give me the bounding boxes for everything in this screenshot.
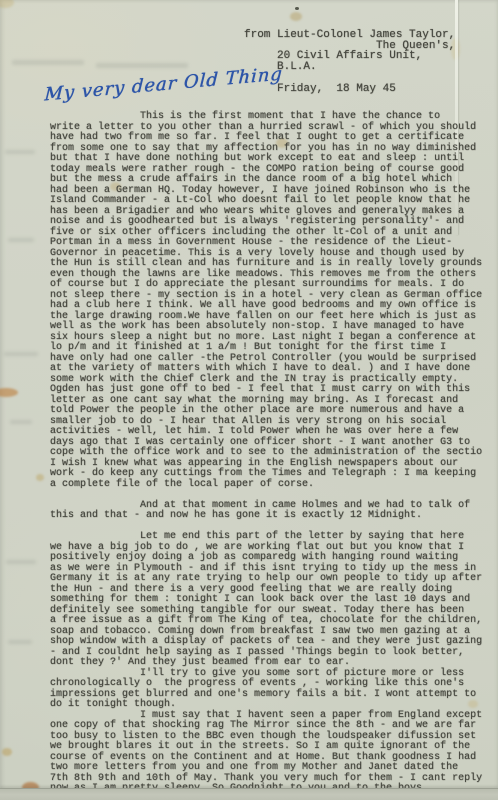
- showthrough-mark: [96, 63, 188, 68]
- typed-line: chronologically o the progress of events…: [50, 679, 498, 690]
- typed-line: one copy of that shocking rag The Mirror…: [50, 721, 498, 732]
- showthrough-mark: [6, 560, 36, 564]
- typed-line: noise and is goodhearted but is always '…: [50, 217, 498, 228]
- typed-line: positively enjoy doing a job as compared…: [50, 553, 498, 564]
- typed-line: this and that - and now he has gone it i…: [50, 511, 498, 522]
- typed-line: The Queen's,: [244, 40, 455, 51]
- typed-line: work - do keep any cuttings from the Tim…: [50, 469, 498, 480]
- showthrough-mark: [10, 420, 32, 424]
- typed-line: had a club here I think. We all have goo…: [50, 301, 498, 312]
- letter-body: This is the first moment that I have the…: [50, 112, 498, 795]
- foxing-stain: [2, 748, 12, 756]
- foxing-stain: [0, 388, 18, 397]
- typed-line: well as the work has been absolutely non…: [50, 322, 498, 333]
- typed-line: two more letters from you and one from m…: [50, 763, 498, 774]
- typed-line: Germany it is at any rate trying to help…: [50, 574, 498, 585]
- foxing-stain: [290, 12, 302, 21]
- foxing-stain: [36, 474, 44, 481]
- typed-line: Portman in a mess in Government House - …: [50, 238, 498, 249]
- typed-line: we brought blares it out in the streets.…: [50, 742, 498, 753]
- typed-line: This is the first moment that I have the…: [50, 112, 498, 123]
- showthrough-mark: [8, 640, 32, 644]
- showthrough-mark: [12, 60, 84, 65]
- typed-line: but that I have done nothing but work ex…: [50, 154, 498, 165]
- typed-line: B.L.A.: [244, 61, 455, 72]
- typed-line: but the mess a crude affairs in the danc…: [50, 175, 498, 186]
- typed-line: the Hun is still clean and has furniture…: [50, 259, 498, 270]
- typed-line: Ogden has just gone off to bed - I feel …: [50, 385, 498, 396]
- typed-line: dont they ?' And they just beamed from e…: [50, 658, 498, 669]
- typed-line: of course but I do appreciate the plesan…: [50, 280, 498, 291]
- typed-line: [50, 490, 498, 501]
- typed-line: lo p/m and it finished at 1 a/m ! But to…: [50, 343, 498, 354]
- foxing-stain: [0, 0, 14, 8]
- sender-address-block: from Lieut-Colonel James Taylor, The Que…: [244, 29, 455, 71]
- letter-page: My very dear Old Thing from Lieut-Colone…: [0, 0, 498, 800]
- typed-line: a free issue as a gift from The King of …: [50, 616, 498, 627]
- typed-line: Island Commander - a Lt-Col who doesnt f…: [50, 196, 498, 207]
- typed-line: have had two from me so far. I feel that…: [50, 133, 498, 144]
- ink-speck: [295, 7, 299, 10]
- date-line: Friday, 18 May 45: [277, 83, 396, 95]
- typed-line: Let me end this part of the letter by sa…: [50, 532, 498, 543]
- typed-line: activities - well, let him. I told Power…: [50, 427, 498, 438]
- typed-line: cope with the office work and to see to …: [50, 448, 498, 459]
- typed-line: told Power the people in the other place…: [50, 406, 498, 417]
- page-bottom-edge: [0, 788, 498, 800]
- typed-line: shop window with a display of packets of…: [50, 637, 498, 648]
- typed-line: something for them : tonight I can look …: [50, 595, 498, 606]
- showthrough-mark: [8, 238, 34, 242]
- showthrough-mark: [4, 352, 38, 356]
- typed-line: at the variety of matters with which I h…: [50, 364, 498, 375]
- showthrough-mark: [5, 150, 35, 154]
- typed-line: a complete file of the local paper of co…: [50, 480, 498, 491]
- typed-line: do it tonight though.: [50, 700, 498, 711]
- typed-line: from Lieut-Colonel James Taylor,: [244, 29, 455, 40]
